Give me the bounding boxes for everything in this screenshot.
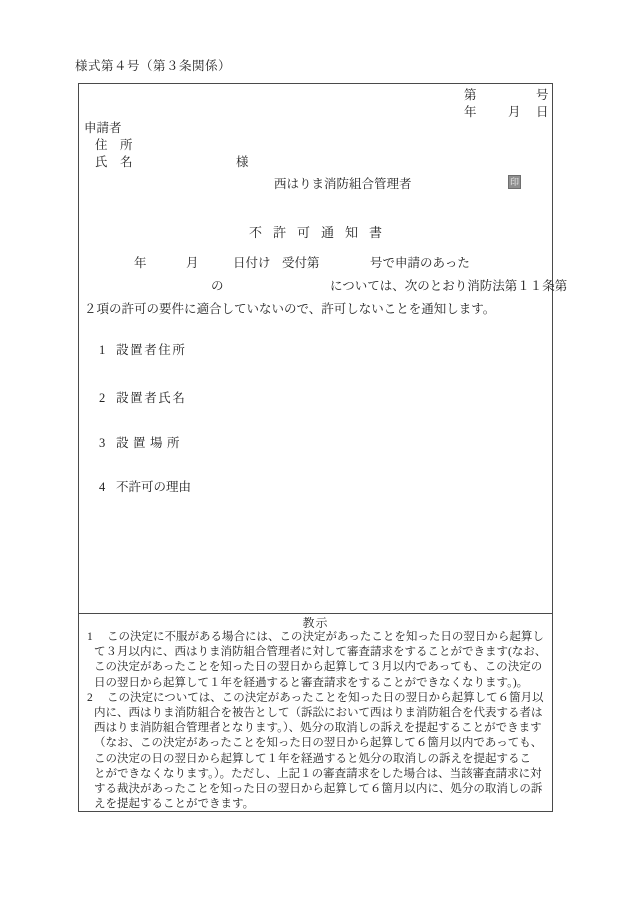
honorific-label: 様	[236, 155, 249, 170]
item-installer-address: 1設置者住所	[99, 340, 187, 358]
kyoji-paragraph-number: 2	[87, 691, 107, 706]
kyoji-paragraph-2-line: する裁決があったことを知った日の翌日から起算して６箇月以内に、処分の取消しの訴	[84, 782, 547, 797]
form-style-label: 様式第４号（第３条関係）	[75, 56, 231, 74]
item-installer-name: 2設置者氏名	[99, 388, 187, 406]
body-receipt-suffix: 号で申請のあった	[370, 256, 470, 271]
body-dated-label: 日付け	[233, 256, 271, 271]
item-number: 4	[99, 480, 116, 495]
kyoji-paragraph-2-line: 西はりま消防組合管理者となります。）、処分の取消しの訴えを提起することができます	[84, 721, 547, 736]
kyoji-paragraph-1-line: この決定があったことを知った日の翌日から起算して３月以内であっても、この決定の	[84, 660, 547, 675]
kyoji-paragraph-1-line: 1この決定に不服がある場合には、この決定があったことを知った日の翌日から起算し	[84, 630, 547, 645]
body-clause-law: については、次のとおり消防法第１１条第	[330, 279, 567, 294]
issuer-name: 西はりま消防組合管理者	[274, 177, 412, 192]
item-number: 1	[99, 343, 116, 358]
date-year-label: 年	[464, 105, 477, 120]
kyoji-heading: 教示	[84, 616, 547, 630]
doc-number-suffix: 号	[536, 88, 549, 103]
address-label: 住 所	[95, 138, 133, 153]
kyoji-paragraph-2-line: 2この決定については、この決定があったことを知った日の翌日から起算して６箇月以	[84, 691, 547, 706]
seal-mark: 印	[508, 175, 521, 189]
item-label: 不許可の理由	[116, 480, 191, 494]
kyoji-paragraph-2-line: この決定の日の翌日から起算して１年を経過すると処分の取消しの訴えを提起するこ	[84, 752, 547, 767]
item-label: 設置場所	[116, 436, 184, 450]
item-number: 2	[99, 391, 116, 406]
body-year-label: 年	[134, 256, 147, 271]
kyoji-paragraph-1-line: て３月以内に、西はりま消防組合管理者に対して審査請求をすることができます(なお、	[84, 645, 547, 660]
item-number: 3	[99, 436, 116, 451]
kyoji-paragraph-1-line: 日の翌日から起算して１年を経過すると審査請求をすることができなくなります。)。	[84, 676, 547, 691]
kyoji-paragraph-number: 1	[87, 630, 107, 645]
date-month-label: 月	[508, 105, 521, 120]
kyoji-paragraph-2-line: とができなくなります。）。ただし、上記１の審査請求をした場合は、当該審査請求に対	[84, 767, 547, 782]
document-title: 不許可通知書	[79, 222, 552, 241]
kyoji-paragraph-2-line: （なお、この決定があったことを知った日の翌日から起算して６箇月以内であっても、	[84, 736, 547, 751]
kyoji-paragraph-2-line: 内に、西はりま消防組合を被告として（訴訟において西はりま消防組合を代表する者は	[84, 706, 547, 721]
item-label: 設置者氏名	[116, 391, 187, 405]
body-clause-rest: ２項の許可の要件に適合していないので、許可しないことを通知します。	[84, 302, 495, 317]
body-month-label: 月	[186, 256, 199, 271]
item-label: 設置者住所	[116, 343, 187, 357]
document-frame: 第 号 年 月 日 申請者 住 所 氏 名 様 西はりま消防組合管理者 印 不許…	[78, 83, 553, 812]
applicant-label: 申請者	[84, 121, 122, 136]
kyoji-section: 教示 1この決定に不服がある場合には、この決定があったことを知った日の翌日から起…	[79, 613, 552, 813]
name-label: 氏 名	[95, 155, 133, 170]
doc-number-prefix: 第	[464, 88, 477, 103]
kyoji-text: この決定に不服がある場合には、この決定があったことを知った日の翌日から起算し	[107, 631, 544, 643]
date-day-label: 日	[536, 105, 549, 120]
kyoji-text: この決定については、この決定があったことを知った日の翌日から起算して６箇月以	[107, 692, 544, 704]
item-refusal-reason: 4不許可の理由	[99, 477, 191, 495]
body-no-particle: の	[211, 279, 224, 294]
item-installation-site: 3設置場所	[99, 433, 184, 451]
kyoji-paragraph-2-line: えを提起することができます。	[84, 797, 547, 812]
body-receipt-prefix: 受付第	[282, 256, 320, 271]
